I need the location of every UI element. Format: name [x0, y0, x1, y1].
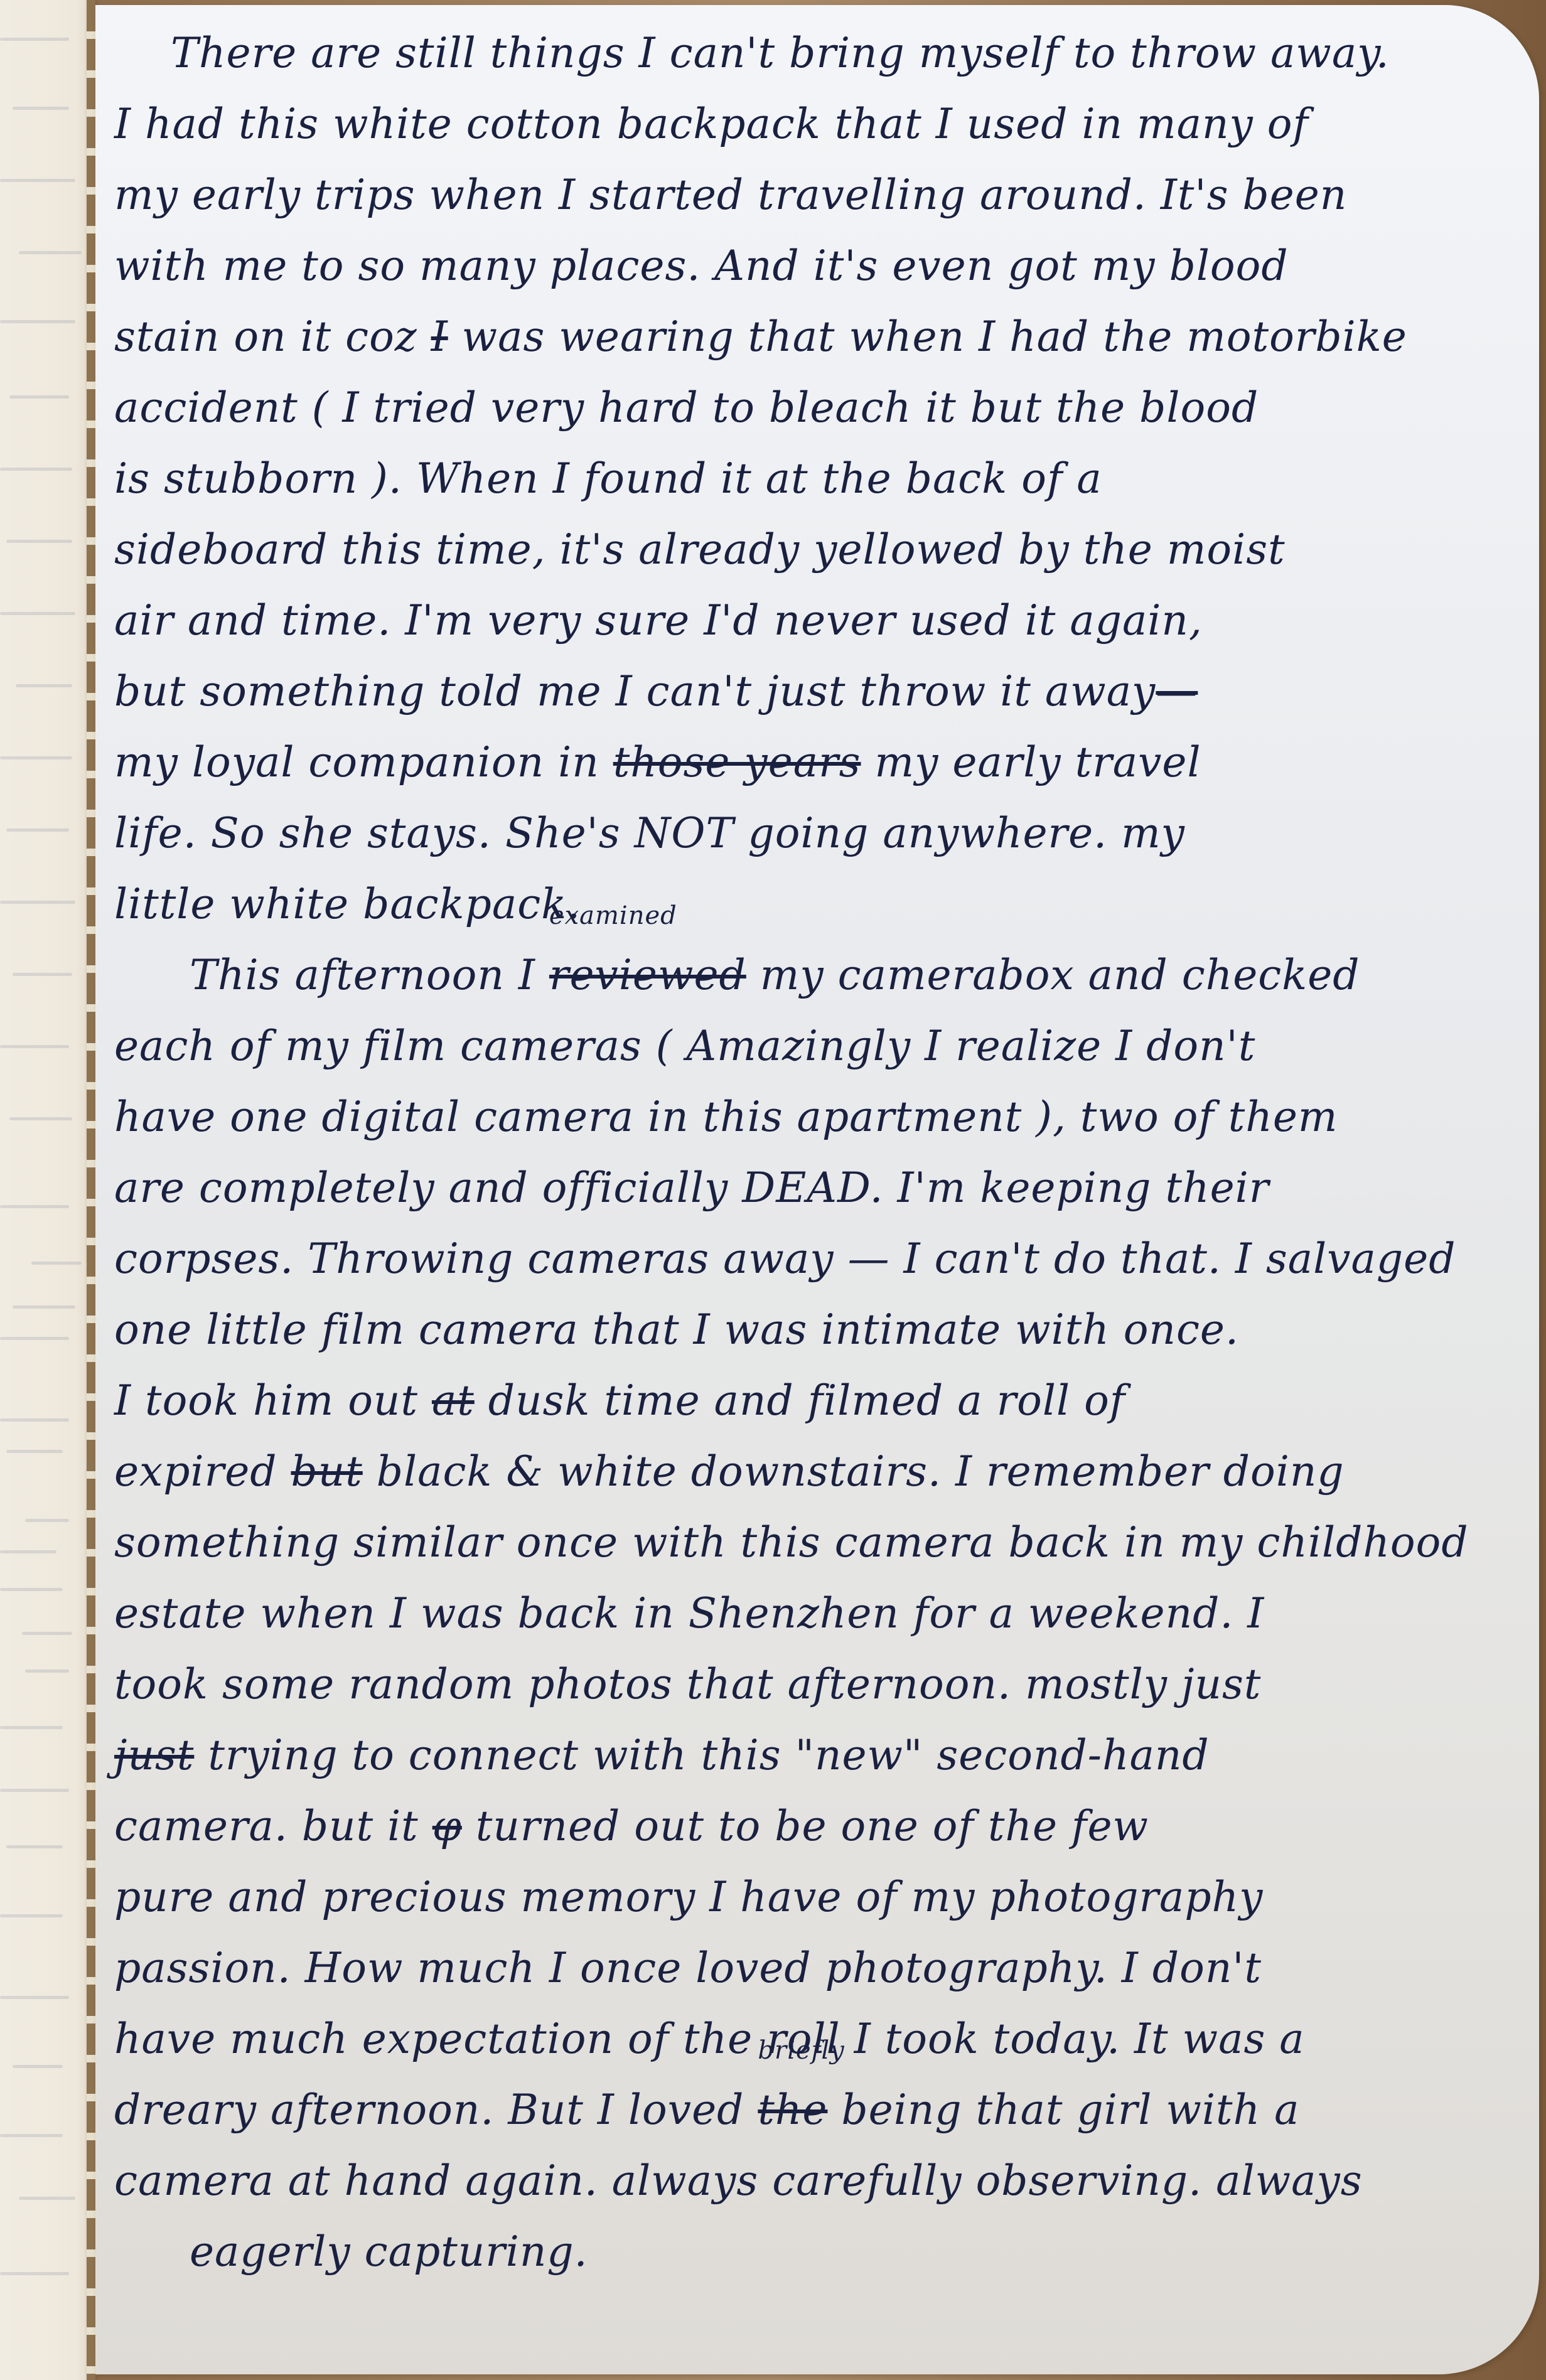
text-line: life. So she stays. She's NOT going anyw…	[114, 798, 1514, 869]
inserted-word: briefly	[758, 2038, 844, 2063]
handwritten-text: life. So she stays. She's NOT going anyw…	[114, 809, 1185, 857]
handwritten-text: accident ( I tried very hard to bleach i…	[114, 383, 1259, 432]
text-line: something similar once with this camera …	[114, 1507, 1514, 1578]
text-line: is stubborn ). When I found it at the ba…	[114, 443, 1514, 514]
handwritten-text: passion. How much I once loved photograp…	[114, 1944, 1262, 1992]
bleed-through-line	[13, 107, 69, 110]
handwritten-text: turned out to be one of the few	[462, 1802, 1149, 1850]
text-line: are completely and officially DEAD. I'm …	[114, 1152, 1514, 1223]
handwritten-text: black & white downstairs. I remember doi…	[363, 1447, 1345, 1496]
bleed-through-line	[6, 540, 72, 543]
handwritten-text: camera at hand again. always carefully o…	[114, 2157, 1363, 2205]
bleed-through-line	[19, 251, 82, 254]
text-line: eagerly capturing.	[114, 2216, 1514, 2287]
handwritten-text: took some random photos that afternoon. …	[114, 1660, 1261, 1708]
handwritten-text: dreary afternoon. But I loved	[114, 2086, 758, 2134]
text-line: corpses. Throwing cameras away — I can't…	[114, 1223, 1514, 1294]
handwritten-text: pure and precious memory I have of my ph…	[114, 1873, 1263, 1921]
bleed-through-line	[0, 1337, 69, 1340]
correction-insert: examinedreviewed	[549, 940, 746, 1010]
handwritten-text: dusk time and filmed a roll of	[475, 1376, 1125, 1425]
text-line: just trying to connect with this "new" s…	[114, 1720, 1514, 1791]
bleed-through-line	[25, 1519, 69, 1522]
handwritten-text: but something told me I can't just throw…	[114, 667, 1156, 716]
bleed-through-line	[0, 1045, 69, 1048]
journal-entry: There are still things I can't bring mys…	[114, 18, 1514, 2287]
bleed-through-line	[9, 395, 69, 399]
handwritten-text: with me to so many places. And it's even…	[114, 242, 1289, 290]
inserted-word: examined	[549, 903, 677, 928]
text-line: dreary afternoon. But I loved brieflythe…	[114, 2074, 1514, 2145]
handwritten-text: my early travel	[861, 738, 1201, 786]
bleed-through-line	[6, 1450, 63, 1453]
handwritten-text: my camerabox and checked	[746, 951, 1360, 999]
bleed-through-line	[0, 1914, 63, 1917]
handwritten-text: eagerly capturing.	[190, 2227, 588, 2276]
handwritten-text: have one digital camera in this apartmen…	[114, 1093, 1338, 1141]
handwritten-text: something similar once with this camera …	[114, 1518, 1469, 1567]
handwritten-text: stain on it coz	[114, 313, 431, 361]
handwritten-text: I had this white cotton backpack that I …	[114, 100, 1309, 148]
text-line: passion. How much I once loved photograp…	[114, 1932, 1514, 2003]
struck-out-text: the	[758, 2086, 827, 2134]
struck-out-text: φ	[432, 1802, 462, 1850]
handwritten-text: was wearing that when I had the motorbik…	[448, 313, 1407, 361]
bleed-through-line	[16, 684, 72, 687]
bleed-through-line	[0, 1789, 69, 1792]
bleed-through-line	[0, 1726, 63, 1729]
handwritten-text: expired	[114, 1447, 291, 1496]
correction-insert: brieflythe	[758, 2074, 827, 2145]
handwritten-text: have much expectation of the roll I took…	[114, 2015, 1305, 2063]
text-line: air and time. I'm very sure I'd never us…	[114, 585, 1514, 656]
struck-out-text: I	[431, 313, 448, 361]
handwritten-text: There are still things I can't bring mys…	[171, 29, 1390, 77]
bleed-through-line	[0, 1996, 69, 1999]
handwritten-text: little white backpack.	[114, 880, 581, 928]
text-line: sideboard this time, it's already yellow…	[114, 514, 1514, 585]
handwritten-text: This afternoon I	[190, 951, 549, 999]
handwritten-text: camera. but it	[114, 1802, 432, 1850]
text-line: my early trips when I started travelling…	[114, 159, 1514, 230]
handwritten-text: air and time. I'm very sure I'd never us…	[114, 596, 1203, 645]
handwritten-text: my early trips when I started travelling…	[114, 171, 1347, 219]
text-line: but something told me I can't just throw…	[114, 656, 1514, 727]
bleed-through-line	[0, 38, 69, 41]
text-line: pure and precious memory I have of my ph…	[114, 1862, 1514, 1932]
handwritten-text: each of my film cameras ( Amazingly I re…	[114, 1022, 1255, 1070]
bleed-through-line	[9, 1117, 72, 1120]
bleed-through-line	[0, 1205, 69, 1208]
text-line: my loyal companion in those years my ear…	[114, 727, 1514, 798]
bleed-through-line	[0, 2272, 69, 2275]
bleed-through-line	[13, 1305, 75, 1309]
handwritten-text: is stubborn ). When I found it at the ba…	[114, 454, 1102, 503]
handwritten-text: I took him out	[114, 1376, 432, 1425]
struck-out-text: just	[114, 1731, 194, 1779]
text-line: I had this white cotton backpack that I …	[114, 88, 1514, 159]
bleed-through-line	[0, 1418, 69, 1422]
struck-out-text: but	[291, 1447, 362, 1496]
text-line: camera. but it φ turned out to be one of…	[114, 1791, 1514, 1862]
text-line: each of my film cameras ( Amazingly I re…	[114, 1010, 1514, 1081]
bleed-through-line	[19, 2197, 75, 2200]
text-line: I took him out at dusk time and filmed a…	[114, 1365, 1514, 1436]
text-line: took some random photos that afternoon. …	[114, 1649, 1514, 1720]
bleed-through-line	[0, 320, 75, 323]
text-line: with me to so many places. And it's even…	[114, 230, 1514, 301]
bleed-through-line	[0, 468, 72, 471]
handwritten-text: one little film camera that I was intima…	[114, 1305, 1239, 1354]
text-line: little white backpack.	[114, 869, 1514, 940]
bleed-through-line	[6, 1845, 63, 1848]
bleed-through-line	[13, 973, 72, 976]
bleed-through-line	[0, 612, 75, 615]
struck-out-text: reviewed	[549, 951, 746, 999]
handwritten-text: my loyal companion in	[114, 738, 613, 786]
text-line: one little film camera that I was intima…	[114, 1294, 1514, 1365]
bleed-through-line	[0, 179, 75, 182]
handwritten-text: being that girl with a	[827, 2086, 1299, 2134]
text-line: There are still things I can't bring mys…	[114, 18, 1514, 88]
handwritten-text: corpses. Throwing cameras away — I can't…	[114, 1235, 1456, 1283]
text-line: This afternoon I examinedreviewed my cam…	[114, 940, 1514, 1010]
text-line: estate when I was back in Shenzhen for a…	[114, 1578, 1514, 1649]
text-line: camera at hand again. always carefully o…	[114, 2145, 1514, 2216]
bleed-through-line	[13, 2065, 63, 2068]
struck-out-text: —	[1156, 667, 1198, 716]
bleed-through-line	[0, 1588, 63, 1591]
bleed-through-line	[25, 1670, 69, 1673]
left-page	[0, 0, 94, 2380]
text-line: expired but black & white downstairs. I …	[114, 1436, 1514, 1507]
struck-out-text: those years	[613, 738, 861, 786]
bleed-through-line	[22, 1632, 72, 1635]
text-line: stain on it coz I was wearing that when …	[114, 301, 1514, 372]
bleed-through-line	[31, 1262, 82, 1265]
right-page: There are still things I can't bring mys…	[95, 5, 1539, 2374]
bleed-through-line	[0, 901, 75, 904]
handwritten-text: estate when I was back in Shenzhen for a…	[114, 1589, 1264, 1638]
text-line: have one digital camera in this apartmen…	[114, 1081, 1514, 1152]
bleed-through-line	[6, 828, 69, 832]
notebook-spine-stitching	[87, 0, 95, 2380]
handwritten-text: are completely and officially DEAD. I'm …	[114, 1164, 1269, 1212]
handwritten-text: sideboard this time, it's already yellow…	[114, 525, 1286, 574]
bleed-through-line	[0, 2134, 63, 2137]
text-line: accident ( I tried very hard to bleach i…	[114, 372, 1514, 443]
handwritten-text: trying to connect with this "new" second…	[194, 1731, 1209, 1779]
bleed-through-line	[0, 1550, 56, 1553]
struck-out-text: at	[432, 1376, 475, 1425]
bleed-through-line	[0, 756, 72, 759]
